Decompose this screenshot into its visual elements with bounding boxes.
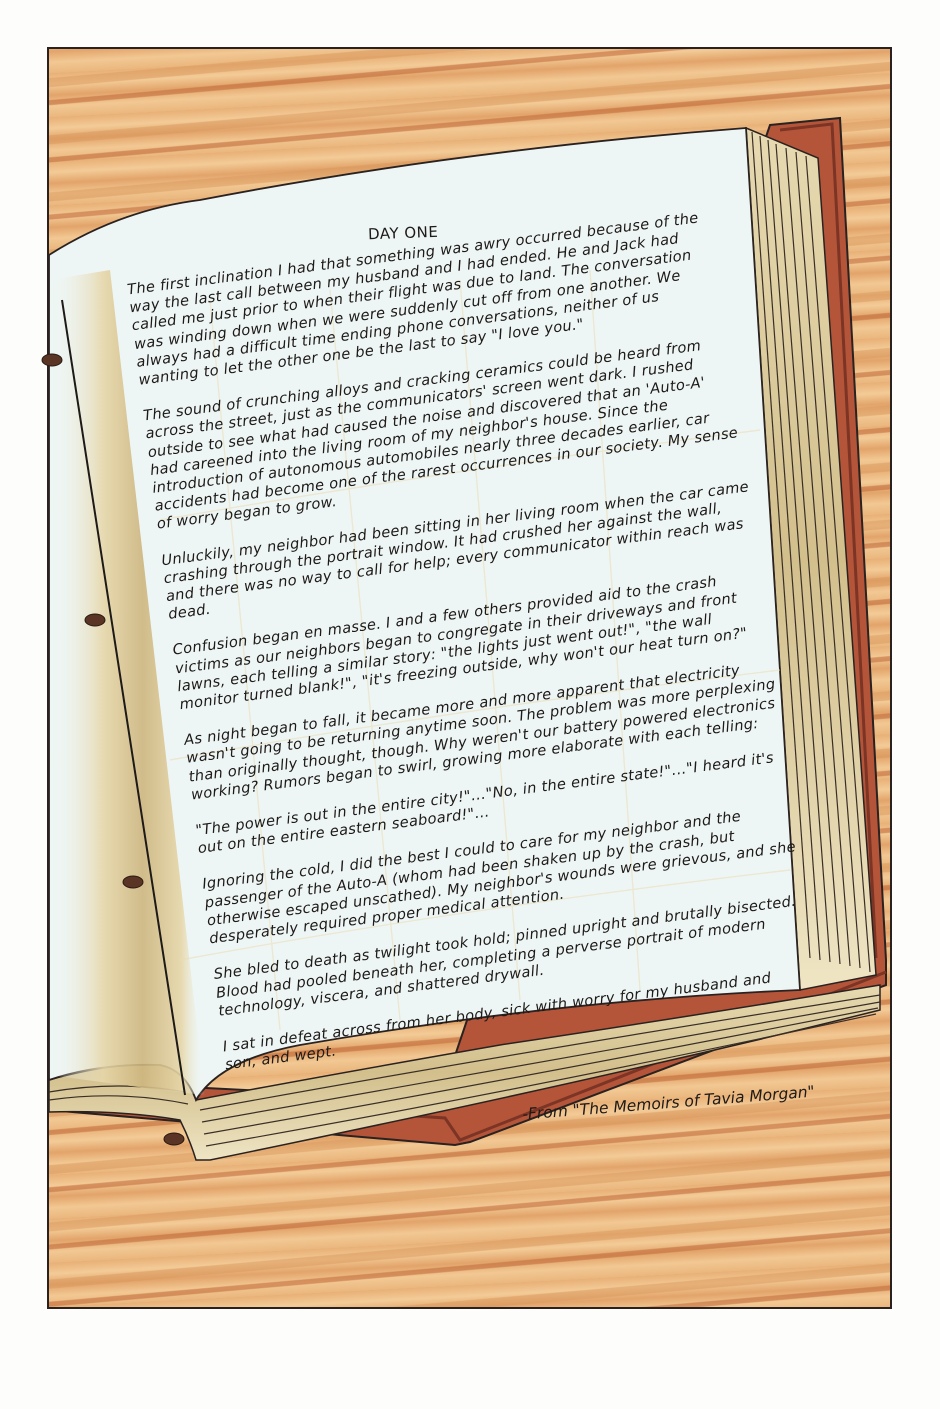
stitch-icon <box>164 1133 184 1145</box>
stitch-icon <box>85 614 105 626</box>
page-title: DAY ONE <box>368 223 439 243</box>
memoir-body: The first inclination I had that somethi… <box>126 206 824 1092</box>
stitch-icon <box>123 876 143 888</box>
stitch-icon <box>42 354 62 366</box>
